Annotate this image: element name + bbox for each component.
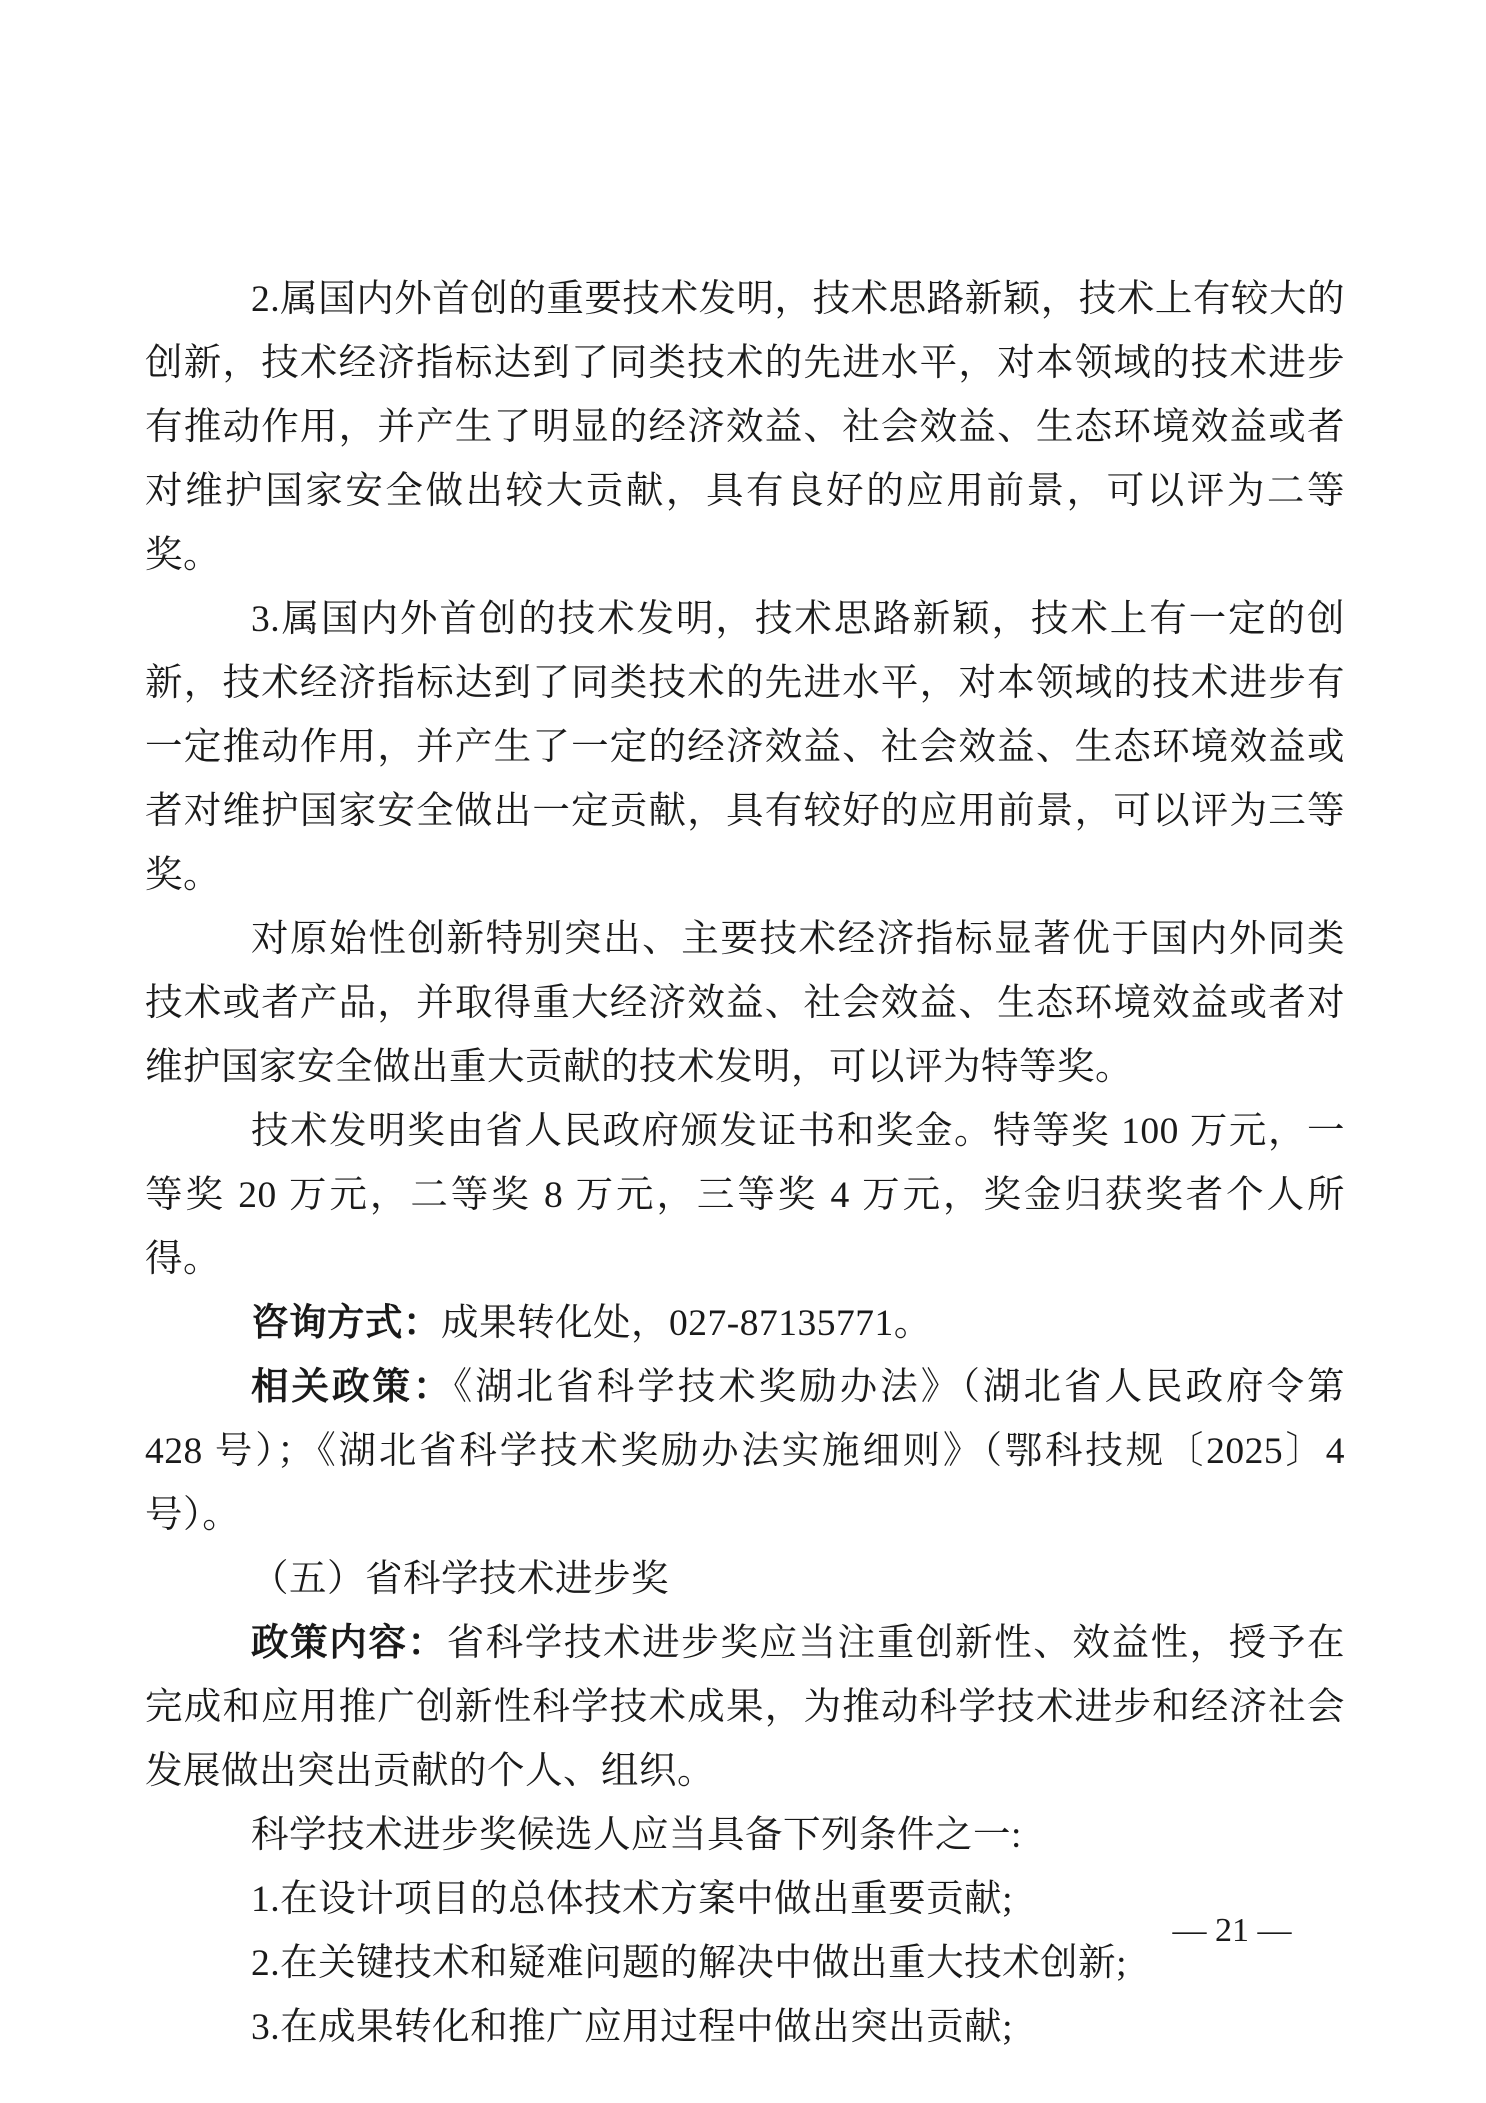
paragraph-candidate-conditions-intro: 科学技术进步奖候选人应当具备下列条件之一: [145, 1804, 1345, 1868]
related-policies-label: 相关政策： [251, 1367, 454, 1408]
document-page: 2.属国内外首创的重要技术发明，技术思路新颖，技术上有较大的创新，技术经济指标达… [0, 0, 1486, 2103]
paragraph-second-prize-criteria: 2.属国内外首创的重要技术发明，技术思路新颖，技术上有较大的创新，技术经济指标达… [145, 268, 1345, 588]
consultation-text: 成果转化处，027-87135771。 [441, 1303, 932, 1344]
paragraph-third-prize-criteria: 3.属国内外首创的技术发明，技术思路新颖，技术上有一定的创新，技术经济指标达到了… [145, 588, 1345, 908]
document-body: 2.属国内外首创的重要技术发明，技术思路新颖，技术上有较大的创新，技术经济指标达… [145, 268, 1345, 2060]
paragraph-grand-prize-criteria: 对原始性创新特别突出、主要技术经济指标显著优于国内外同类技术或者产品，并取得重大… [145, 908, 1345, 1100]
consultation-label: 咨询方式： [251, 1303, 441, 1344]
paragraph-prize-amounts: 技术发明奖由省人民政府颁发证书和奖金。特等奖 100 万元，一等奖 20 万元，… [145, 1100, 1345, 1292]
paragraph-condition-3: 3.在成果转化和推广应用过程中做出突出贡献; [145, 1996, 1345, 2060]
policy-content-label: 政策内容： [251, 1623, 447, 1664]
paragraph-related-policies: 相关政策：《湖北省科学技术奖励办法》（湖北省人民政府令第 428 号）；《湖北省… [145, 1356, 1345, 1548]
paragraph-consultation: 咨询方式：成果转化处，027-87135771。 [145, 1292, 1345, 1356]
section-heading-progress-award: （五）省科学技术进步奖 [145, 1548, 1345, 1612]
page-number: — 21 — [1152, 1912, 1312, 1950]
paragraph-policy-content: 政策内容：省科学技术进步奖应当注重创新性、效益性，授予在完成和应用推广创新性科学… [145, 1612, 1345, 1804]
